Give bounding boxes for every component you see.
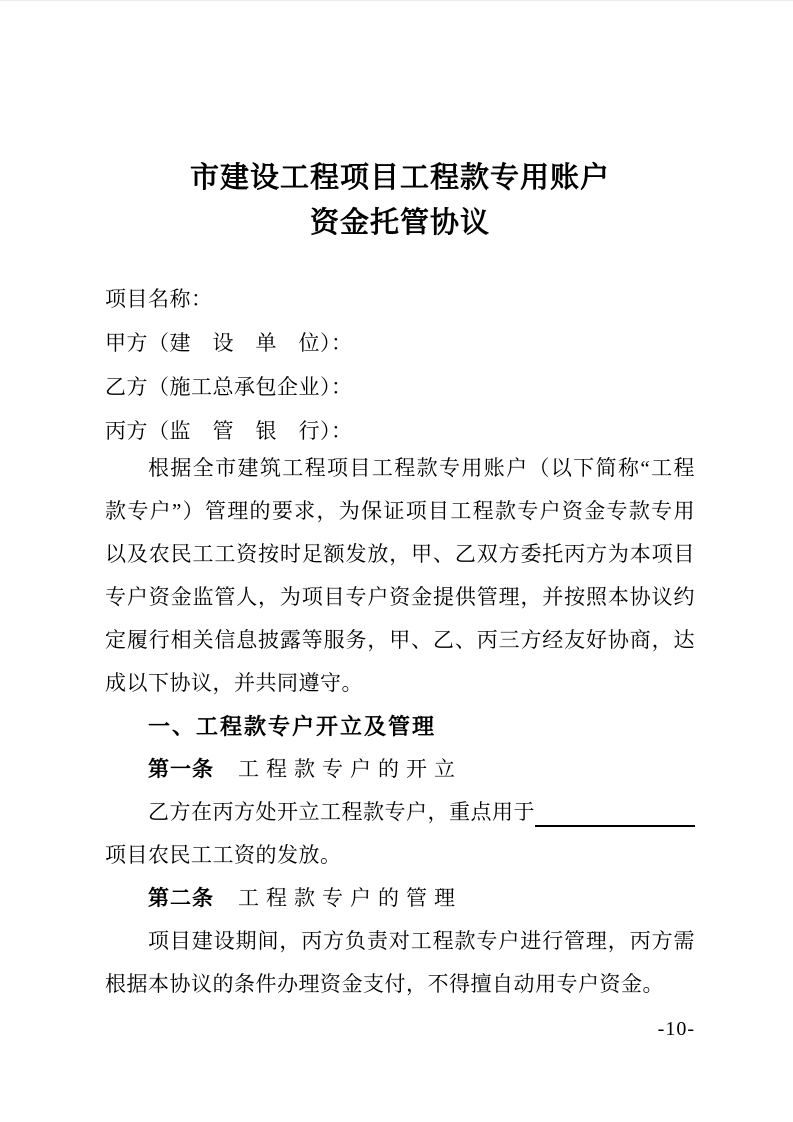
field-party-b: 乙方（施工总承包企业）： <box>105 365 695 409</box>
field-project-name: 项目名称： <box>105 277 695 321</box>
field-party-a: 甲方（建 设 单 位）： <box>105 321 695 365</box>
article-1-name: 工程款专户的开立 <box>238 757 462 781</box>
intro-paragraph: 根据全市建筑工程项目工程款专用账户（以下简称“工程款专户”）管理的要求，为保证项… <box>105 447 695 705</box>
article-1-text-before-blank: 乙方在丙方处开立工程款专户，重点用于 <box>105 791 535 834</box>
page-number: -10- <box>658 1017 695 1041</box>
fill-in-blank <box>535 791 695 827</box>
article-1-title-line: 第一条工程款专户的开立 <box>105 748 695 791</box>
article-2-title-line: 第二条工程款专户的管理 <box>105 877 695 920</box>
party-fields: 项目名称： 甲方（建 设 单 位）： 乙方（施工总承包企业）： 丙方（监 管 银… <box>105 277 695 453</box>
article-2-label: 第二条 <box>148 886 214 910</box>
document-page: 市建设工程项目工程款专用账户 资金托管协议 项目名称： 甲方（建 设 单 位）：… <box>0 0 793 1122</box>
article-1-body-line-1: 乙方在丙方处开立工程款专户，重点用于 <box>105 791 695 834</box>
article-1-label: 第一条 <box>148 757 214 781</box>
section-1-heading: 一、工程款专户开立及管理 <box>105 705 695 748</box>
document-title-line-2: 资金托管协议 <box>105 201 695 246</box>
document-title: 市建设工程项目工程款专用账户 资金托管协议 <box>105 156 695 246</box>
article-2-body: 项目建设期间，丙方负责对工程款专户进行管理，丙方需根据本协议的条件办理资金支付，… <box>105 920 695 1006</box>
document-title-line-1: 市建设工程项目工程款专用账户 <box>105 156 695 201</box>
article-2-name: 工程款专户的管理 <box>238 886 462 910</box>
article-1-body-line-2: 项目农民工工资的发放。 <box>105 834 695 877</box>
